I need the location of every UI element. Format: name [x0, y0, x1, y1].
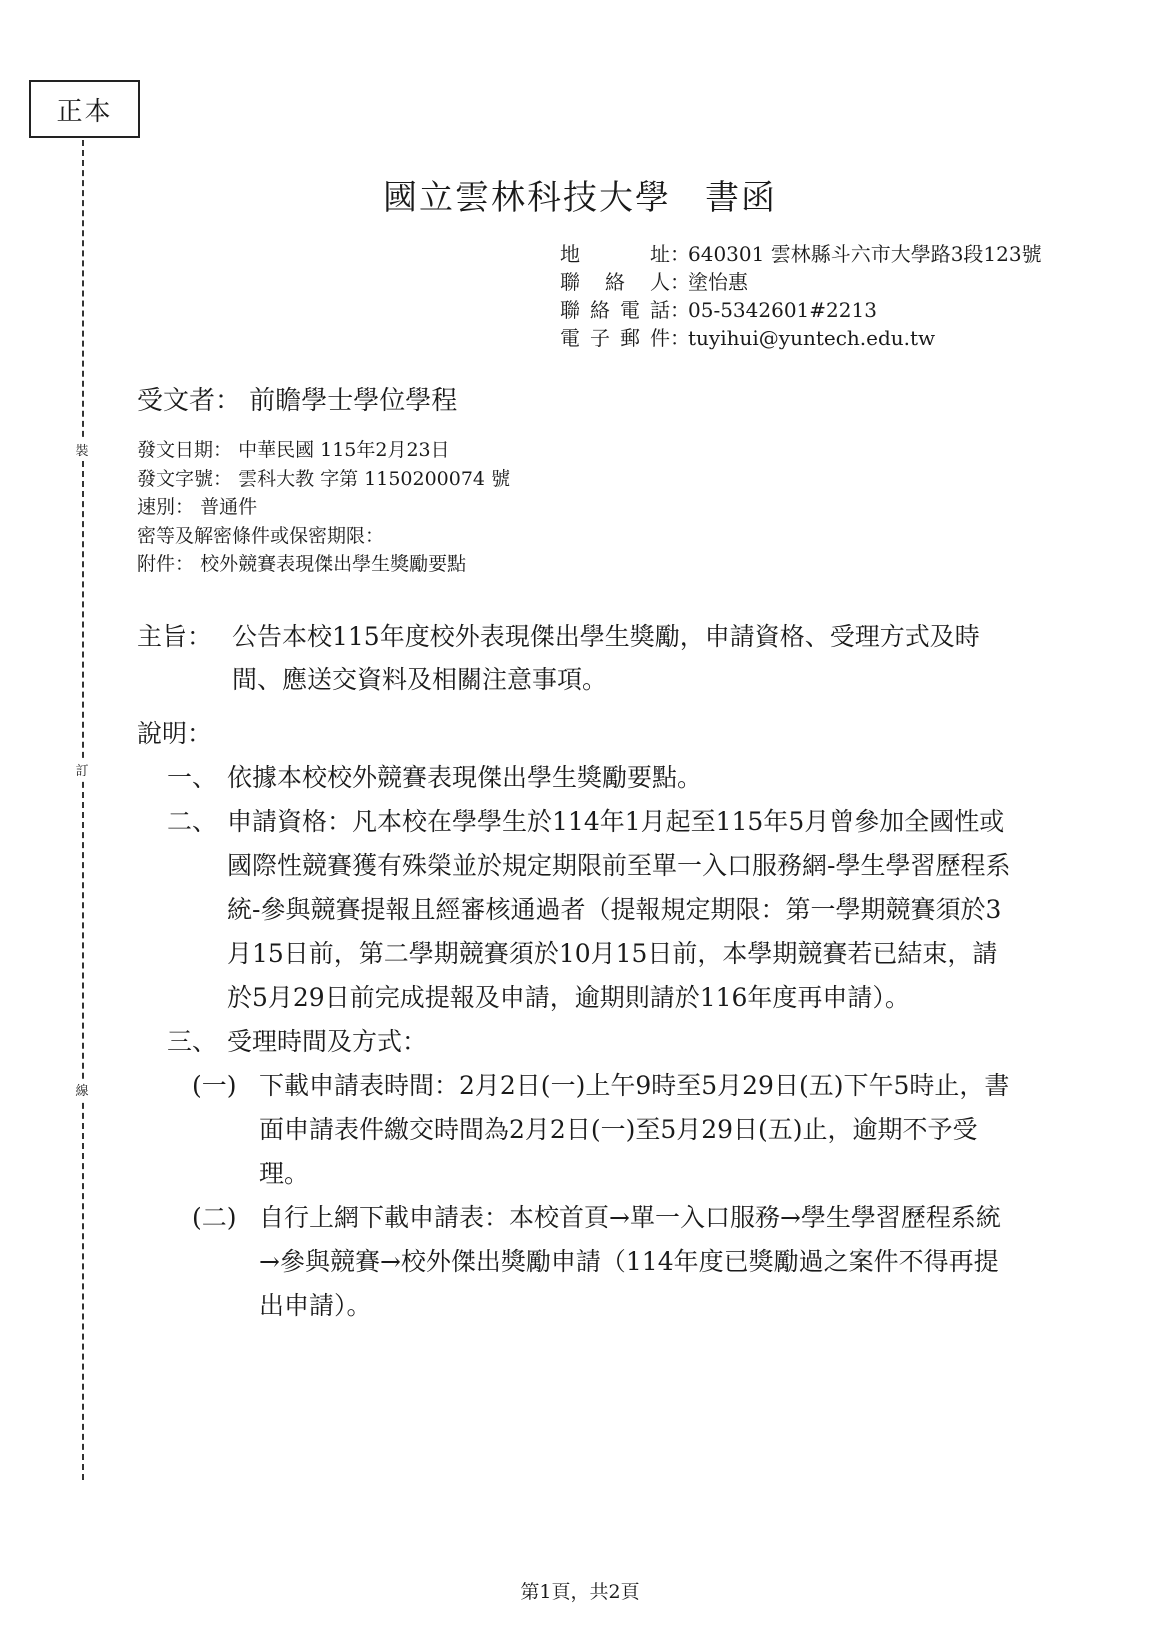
subject-section: 主旨： 公告本校115年度校外表現傑出學生獎勵，申請資格、受理方式及時間、應送交…	[137, 615, 1007, 701]
explanation-subitem-2: (二)自行上網下載申請表：本校首頁→單一入口服務→學生學習歷程系統→參與競賽→校…	[137, 1196, 1017, 1328]
recipient-value: 前瞻學士學位學程	[249, 386, 457, 416]
explanation-item-3: 三、受理時間及方式：	[137, 1020, 1017, 1064]
page-number: 第1頁，共2頁	[0, 1577, 1160, 1604]
meta-date: 發文日期： 中華民國 115年2月23日	[137, 436, 510, 465]
contact-person: 聯 絡 人：塗怡惠	[560, 268, 1042, 296]
binding-mark-zhuang: 裝	[72, 440, 92, 459]
binding-mark-xian: 線	[72, 1080, 92, 1099]
explanation-label: 說明：	[137, 712, 1017, 756]
recipient-line: 受文者： 前瞻學士學位學程	[137, 380, 457, 417]
contact-phone: 聯絡電話：05-5342601#2213	[560, 296, 1042, 324]
meta-reference-number: 發文字號： 雲科大教 字第 1150200074 號	[137, 465, 510, 494]
original-copy-stamp: 正本	[29, 80, 140, 138]
contact-block: 地 址：640301 雲林縣斗六市大學路3段123號 聯 絡 人：塗怡惠 聯絡電…	[560, 240, 1042, 352]
recipient-label: 受文者：	[137, 386, 241, 416]
title-organization: 國立雲林科技大學	[383, 178, 671, 218]
explanation-item-2: 二、申請資格：凡本校在學學生於114年1月起至115年5月曾參加全國性或國際性競…	[137, 800, 1017, 1020]
document-meta: 發文日期： 中華民國 115年2月23日 發文字號： 雲科大教 字第 11502…	[137, 436, 510, 579]
binding-mark-ding: 訂	[72, 760, 92, 779]
explanation-item-1: 一、依據本校校外競賽表現傑出學生獎勵要點。	[137, 756, 1017, 800]
contact-email: 電子郵件：tuyihui@yuntech.edu.tw	[560, 324, 1042, 352]
meta-confidentiality: 密等及解密條件或保密期限：	[137, 522, 510, 551]
meta-priority: 速別： 普通件	[137, 493, 510, 522]
meta-attachment: 附件： 校外競賽表現傑出學生獎勵要點	[137, 550, 510, 579]
explanation-subitem-1: (一)下載申請表時間：2月2日(一)上午9時至5月29日(五)下午5時止，書面申…	[137, 1064, 1017, 1196]
letter-title: 國立雲林科技大學書函	[0, 170, 1160, 219]
binding-line	[82, 140, 84, 1480]
explanation-section: 說明： 一、依據本校校外競賽表現傑出學生獎勵要點。 二、申請資格：凡本校在學學生…	[137, 712, 1017, 1328]
stamp-text: 正本	[56, 91, 112, 128]
contact-address: 地 址：640301 雲林縣斗六市大學路3段123號	[560, 240, 1042, 268]
subject-label: 主旨：	[137, 615, 232, 701]
subject-text: 公告本校115年度校外表現傑出學生獎勵，申請資格、受理方式及時間、應送交資料及相…	[232, 615, 1007, 701]
title-document-type: 書函	[705, 178, 777, 218]
